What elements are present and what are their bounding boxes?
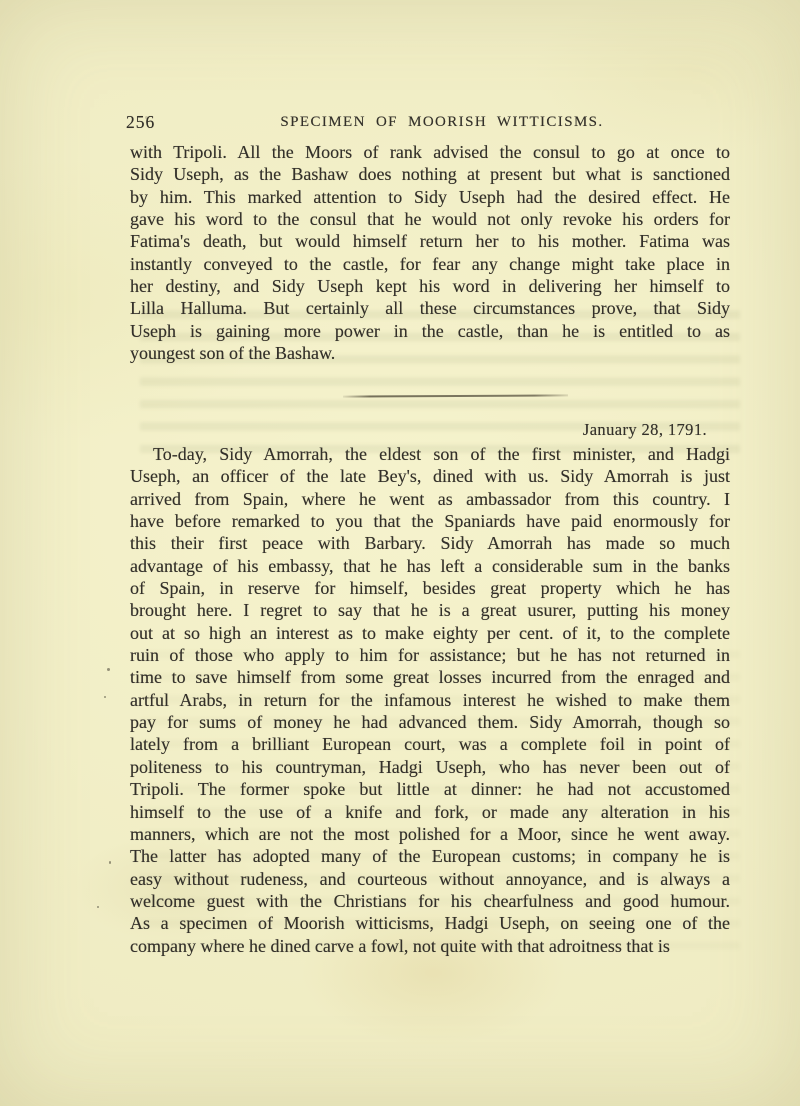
text-line: pay for sums of money he had advanced th… — [130, 711, 730, 733]
text-line: time to save himself from some great los… — [130, 666, 730, 688]
text-line: arrived from Spain, where he went as amb… — [130, 488, 730, 510]
text-line: by him. This marked attention to Sidy Us… — [130, 186, 730, 208]
date-text: January 28, 1791. — [583, 420, 707, 440]
text-line: instantly conveyed to the castle, for fe… — [130, 253, 730, 275]
text-line: Tripoli. The former spoke but little at … — [130, 778, 730, 800]
text-line: Lilla Halluma. But certainly all these c… — [130, 297, 730, 319]
book-page: 256 SPECIMEN OF MOORISH WITTICISMS. with… — [0, 0, 800, 1106]
text-line: The latter has adopted many of the Europ… — [130, 845, 730, 867]
text-line: have before remarked to you that the Spa… — [130, 510, 730, 532]
text-line: welcome guest with the Christians for hi… — [130, 890, 730, 912]
text-line: Useph is gaining more power in the castl… — [130, 320, 730, 342]
text-line: Useph, an officer of the late Bey's, din… — [130, 465, 730, 487]
text-line: with Tripoli. All the Moors of rank advi… — [130, 141, 730, 163]
text-line: easy without rudeness, and courteous wit… — [130, 868, 730, 890]
text-line: ruin of those who apply to him for assis… — [130, 644, 730, 666]
text-line: artful Arabs, in return for the infamous… — [130, 689, 730, 711]
text-line: lately from a brilliant European court, … — [130, 733, 730, 755]
page-header: 256 SPECIMEN OF MOORISH WITTICISMS. — [130, 112, 730, 136]
text-line: of Spain, in reserve for himself, beside… — [130, 577, 730, 599]
date-line: January 28, 1791. — [130, 420, 730, 442]
text-line: Fatima's death, but would himself return… — [130, 230, 730, 252]
paragraph-continuation: with Tripoli. All the Moors of rank advi… — [130, 141, 730, 364]
text-line: her destiny, and Sidy Useph kept his wor… — [130, 275, 730, 297]
text-line: advantage of his embassy, that he has le… — [130, 555, 730, 577]
text-line: this their first peace with Barbary. Sid… — [130, 532, 730, 554]
text-line: company where he dined carve a fowl, not… — [130, 935, 730, 957]
text-line: manners, which are not the most polished… — [130, 823, 730, 845]
text-line: Sidy Useph, as the Bashaw does nothing a… — [130, 163, 730, 185]
text-line: brought here. I regret to say that he is… — [130, 599, 730, 621]
text-line: himself to the use of a knife and fork, … — [130, 801, 730, 823]
text-line: To-day, Sidy Amorrah, the eldest son of … — [130, 443, 730, 465]
section-divider-rule — [343, 394, 568, 397]
text-line: gave his word to the consul that he woul… — [130, 208, 730, 230]
paragraph-journal-entry: To-day, Sidy Amorrah, the eldest son of … — [130, 443, 730, 957]
text-line: As a specimen of Moorish witticisms, Had… — [130, 912, 730, 934]
text-line: youngest son of the Bashaw. — [130, 342, 730, 364]
text-line: politeness to his countryman, Hadgi Usep… — [130, 756, 730, 778]
page-number: 256 — [126, 112, 155, 133]
running-header-title: SPECIMEN OF MOORISH WITTICISMS. — [280, 114, 603, 131]
text-line: out at so high an interest as to make ei… — [130, 622, 730, 644]
